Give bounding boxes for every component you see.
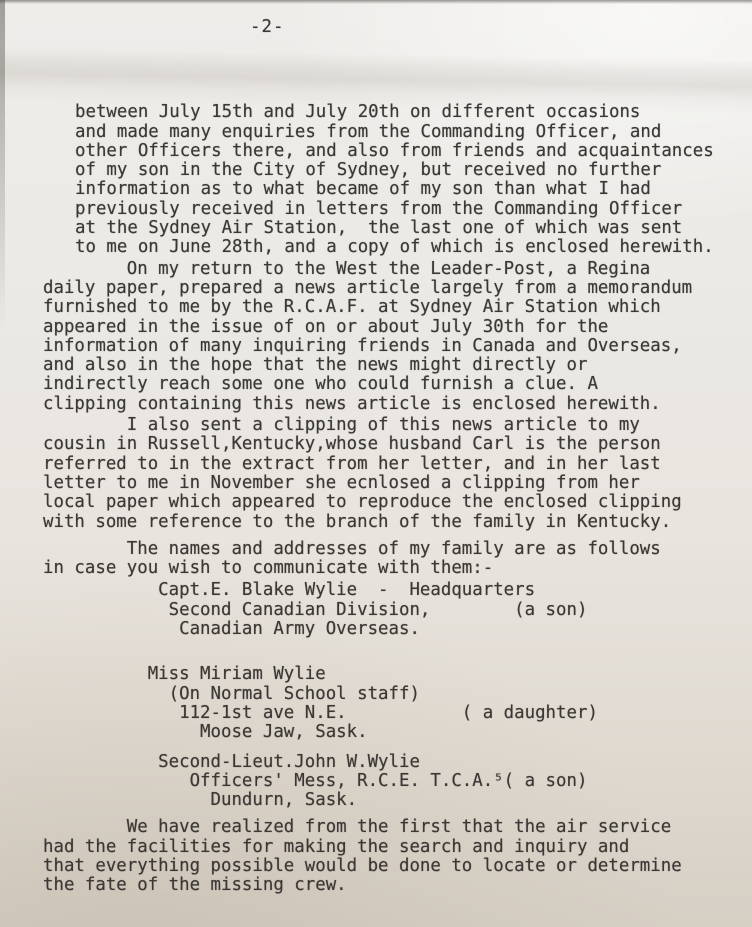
address-lieut-john-wylie: Second-Lieut.John W.Wylie Officers' Mess… — [43, 753, 734, 811]
para-closing: We have realized from the first that the… — [43, 818, 734, 895]
scanned-letter-page: -2- between July 15th and July 20th on d… — [0, 0, 752, 927]
address-capt-blake-wylie: Capt.E. Blake Wylie - Headquarters Secon… — [43, 581, 734, 639]
para-news-article: On my return to the West the Leader-Post… — [43, 260, 734, 414]
page-number: -2- — [250, 18, 734, 37]
address-miss-miriam-wylie: Miss Miriam Wylie (On Normal School staf… — [43, 665, 734, 742]
para-enquiries: between July 15th and July 20th on diffe… — [75, 103, 734, 257]
para-kentucky-clipping: I also sent a clipping of this news arti… — [43, 416, 734, 532]
letter-body: -2- between July 15th and July 20th on d… — [43, 18, 734, 896]
para-family-intro: The names and addresses of my family are… — [43, 540, 734, 579]
